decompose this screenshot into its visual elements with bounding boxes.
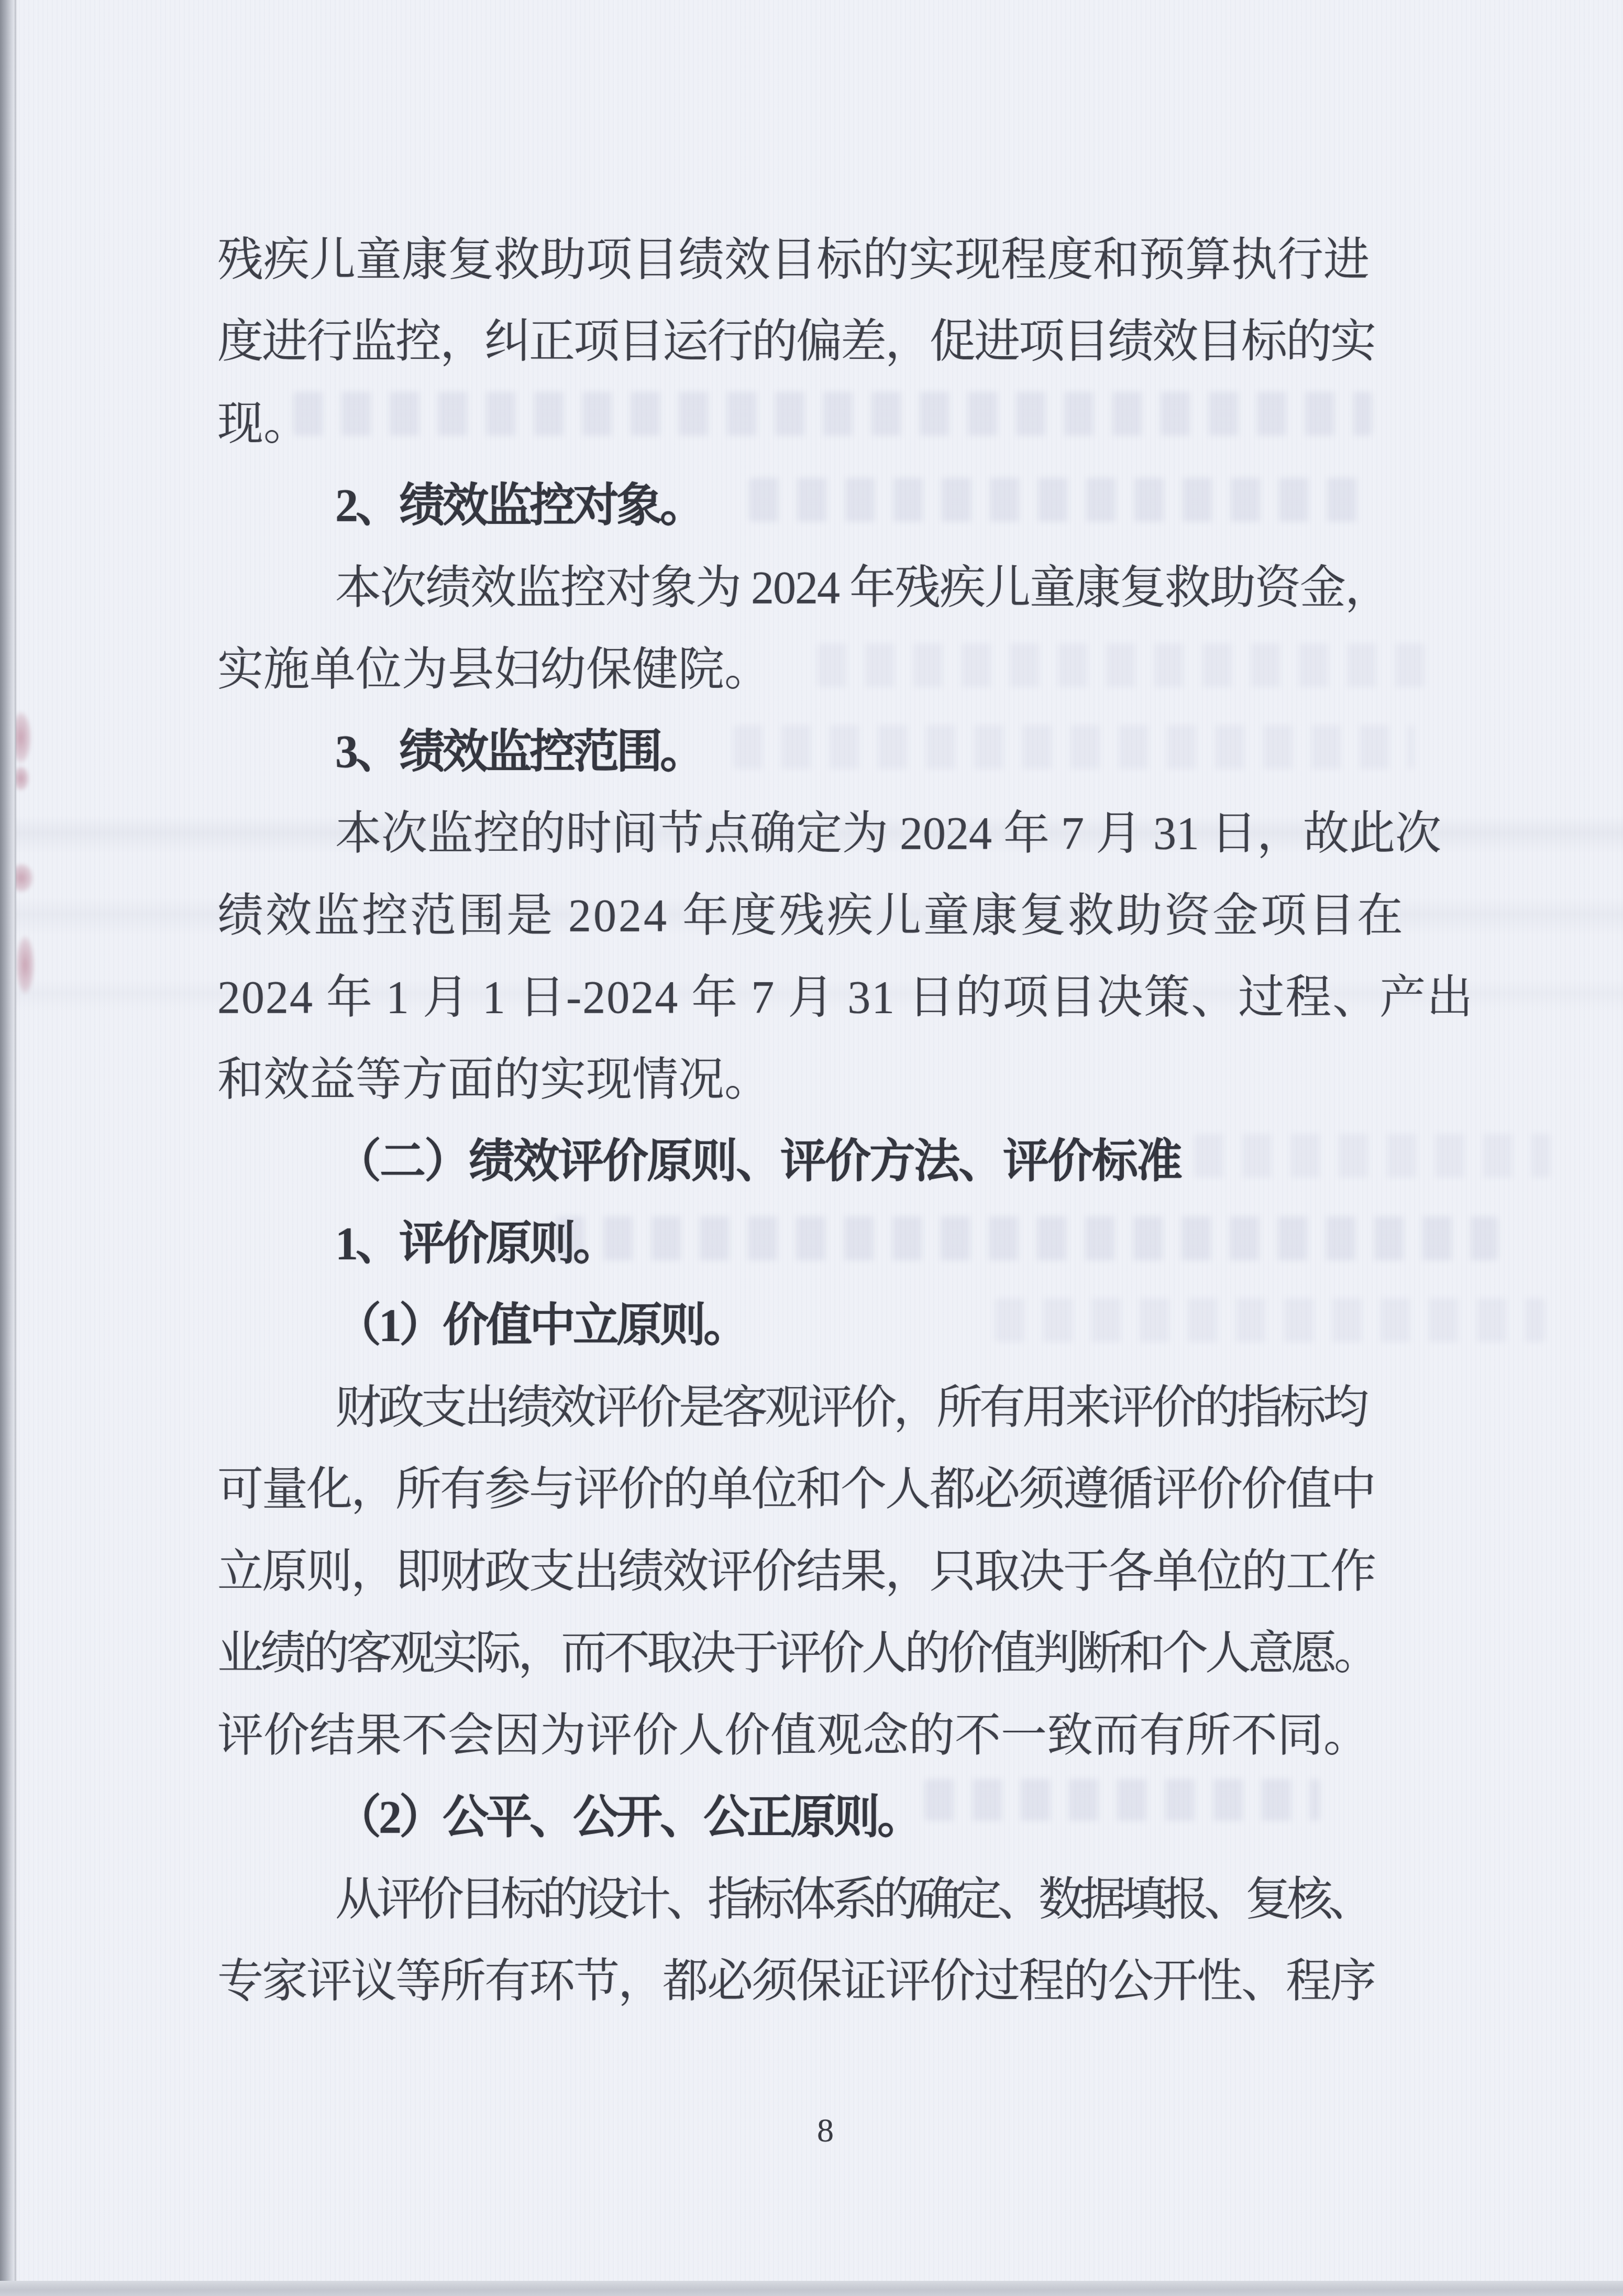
text-line: 现。: [217, 397, 310, 452]
text-line: 残疾儿童康复救助项目绩效目标的实现程度和预算执行进: [217, 233, 1370, 288]
bleed-through-artifact: [995, 1298, 1545, 1342]
text-line: 和效益等方面的实现情况。: [217, 1053, 770, 1107]
text-line: 立原则，即财政支出绩效评价结果，只取决于各单位的工作: [217, 1545, 1375, 1599]
scanned-document-page: { "doc": { "page_number": "8", "lines": …: [0, 0, 1623, 2296]
heading-line: 1、评价原则。: [335, 1217, 616, 1271]
heading-line: 3、绩效监控范围。: [335, 725, 703, 779]
bleed-through-artifact: [733, 725, 1414, 769]
bleed-through-artifact: [924, 1779, 1320, 1821]
scan-left-edge-line: [15, 0, 17, 2283]
bleed-through-artifact: [555, 1216, 1498, 1260]
text-line: 可量化，所有参与评价的单位和个人都必须遵循评价价值中: [217, 1463, 1375, 1517]
text-line: 专家评议等所有环节，都必须保证评价过程的公开性、程序: [217, 1954, 1375, 2009]
text-line: 财政支出绩效评价是客观评价，所有用来评价的指标均: [335, 1381, 1366, 1435]
text-line: 本次监控的时间节点确定为 2024 年 7 月 31 日，故此次: [335, 807, 1441, 861]
heading-line: （1）价值中立原则。: [335, 1299, 747, 1353]
red-ink-mark: [10, 711, 31, 764]
text-line: 评价结果不会因为评价人价值观念的不一致而有所不同。: [217, 1709, 1370, 1763]
text-line: 本次绩效监控对象为 2024 年残疾儿童康复救助资金，: [335, 561, 1390, 616]
heading-line: 2、绩效监控对象。: [335, 479, 703, 533]
text-line: 度进行监控，纠正项目运行的偏差，促进项目绩效目标的实: [217, 315, 1375, 369]
red-ink-mark: [9, 863, 34, 893]
bleed-through-artifact: [1194, 1134, 1550, 1178]
text-line: 从评价目标的设计、指标体系的确定、数据填报、复核、: [335, 1873, 1370, 1927]
page-number: 8: [817, 2111, 834, 2150]
red-ink-mark: [16, 936, 35, 994]
bleed-through-artifact: [817, 643, 1425, 687]
text-line: 业绩的客观实际，而不取决于评价人的价值判断和个人意愿。: [217, 1627, 1377, 1681]
heading-line: （2）公平、公开、公正原则。: [335, 1790, 921, 1845]
bleed-through-artifact: [749, 478, 1372, 522]
scan-bottom-edge: [0, 2281, 1623, 2296]
text-line: 2024 年 1 月 1 日-2024 年 7 月 31 日的项目决策、过程、产…: [217, 971, 1474, 1025]
bleed-through-artifact: [293, 392, 1372, 436]
text-line: 绩效监控范围是 2024 年度残疾儿童康复救助资金项目在: [217, 889, 1405, 943]
scan-left-edge: [0, 0, 16, 2284]
heading-line: （二）绩效评价原则、评价方法、评价标准: [335, 1135, 1181, 1189]
text-line: 实施单位为县妇幼保健院。: [217, 643, 770, 697]
red-ink-mark: [13, 766, 29, 791]
